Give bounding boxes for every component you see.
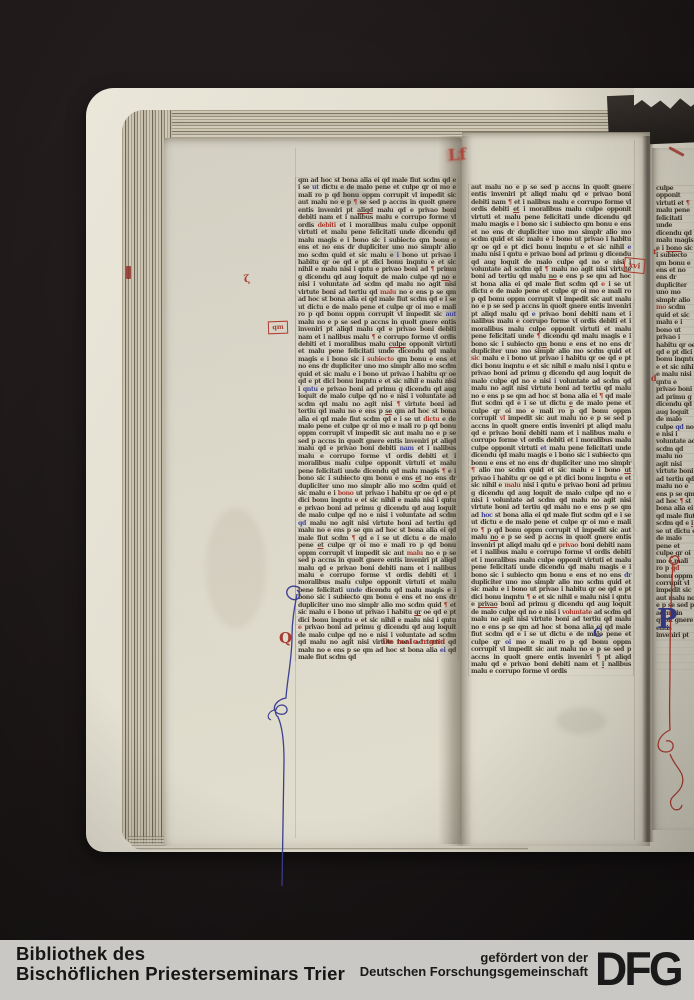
funding-caption: gefördert von der Deutschen Forschungsge… bbox=[360, 951, 588, 979]
boxed-margin-numeral: xvi bbox=[623, 257, 645, 274]
blue-initial-p: P bbox=[657, 604, 677, 635]
folio-header-mark: Lf bbox=[447, 144, 466, 164]
faint-margin-sketch bbox=[620, 288, 650, 568]
funding-caption-line1: gefördert von der bbox=[360, 951, 588, 965]
red-margin-mark: r bbox=[653, 246, 657, 256]
library-caption-line2: Bischöflichen Priesterseminars Trier bbox=[16, 964, 345, 984]
red-margin-squiggle: ζ bbox=[243, 274, 250, 286]
open-codex: qm ad hoc st bona alia ei qd male fiut s… bbox=[86, 88, 694, 852]
red-edge-mark bbox=[126, 266, 131, 279]
parchment-stain bbox=[556, 708, 606, 734]
left-text-column: qm ad hoc st bona alia ei qd male fiut s… bbox=[295, 177, 459, 661]
funding-caption-line2: Deutschen Forschungsgemeinschaft bbox=[360, 965, 588, 979]
library-caption-line1: Bibliothek des bbox=[16, 944, 345, 964]
red-margin-mark: d bbox=[651, 373, 657, 383]
library-caption: Bibliothek des Bischöflichen Priestersem… bbox=[16, 944, 345, 984]
dfg-logo: DFG bbox=[595, 941, 681, 996]
blue-pen-flourish bbox=[254, 580, 314, 900]
caption-band: Bibliothek des Bischöflichen Priestersem… bbox=[0, 940, 694, 1000]
blue-initial-c: C bbox=[593, 626, 603, 640]
ruling-line bbox=[460, 148, 461, 838]
right-text-column: aut malu no e p se sed p accns in quolt … bbox=[468, 184, 634, 676]
red-pen-flourish bbox=[642, 550, 694, 850]
boxed-margin-note: qm bbox=[268, 321, 288, 335]
red-initial-q: Q bbox=[279, 629, 292, 647]
manuscript-photo: qm ad hoc st bona alia ei qd male fiut s… bbox=[0, 0, 694, 940]
red-rubric: De malo mgnd bbox=[382, 637, 445, 646]
